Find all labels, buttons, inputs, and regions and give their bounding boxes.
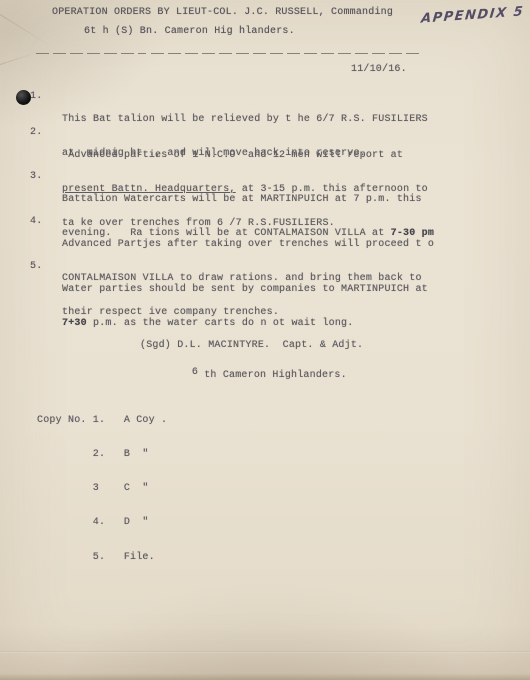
- paper-crease-topleft: [0, 14, 51, 47]
- scanned-document-page: APPENDIX 5 OPERATION ORDERS BY LIEUT-COL…: [0, 0, 530, 680]
- header-underline-segment-2: [151, 53, 419, 54]
- order-number: 1.: [30, 91, 42, 102]
- distribution-line: 3 C ": [37, 483, 167, 494]
- paper-crease-bottom: [0, 651, 530, 653]
- order-text: Water parties should be sent by companie…: [62, 261, 428, 352]
- order-number: 3.: [30, 171, 42, 182]
- distribution-line: 2. B ": [37, 449, 167, 460]
- unit-number-superscript: 6: [192, 367, 198, 378]
- distribution-line: 4. D ": [37, 517, 167, 528]
- signature-line: (Sgd) D.L. MACINTYRE. Capt. & Adjt.: [140, 340, 363, 351]
- distribution-list: Copy No. 1. A Coy . 2. B " 3 C " 4. D " …: [37, 392, 167, 586]
- ink-blot-mark: [16, 90, 31, 105]
- order-number: 2.: [30, 127, 42, 138]
- paper-crease-left: [0, 52, 38, 65]
- signature-unit: 6 th Cameron Highlanders.: [167, 359, 347, 393]
- order-number: 5.: [30, 261, 42, 272]
- document-date: 11/10/16.: [351, 64, 407, 75]
- distribution-line: 5. File.: [37, 552, 167, 563]
- handwritten-appendix-note: APPENDIX 5: [420, 4, 524, 26]
- document-title-line2: 6t h (S) Bn. Cameron Hig hlanders.: [84, 26, 295, 37]
- overtyped-time: 7+30: [62, 318, 87, 329]
- order-number: 4.: [30, 216, 42, 227]
- distribution-line: Copy No. 1. A Coy .: [37, 415, 167, 426]
- document-title-line1: OPERATION ORDERS BY LIEUT-COL. J.C. RUSS…: [52, 7, 393, 18]
- header-underline-segment-1: [36, 53, 146, 54]
